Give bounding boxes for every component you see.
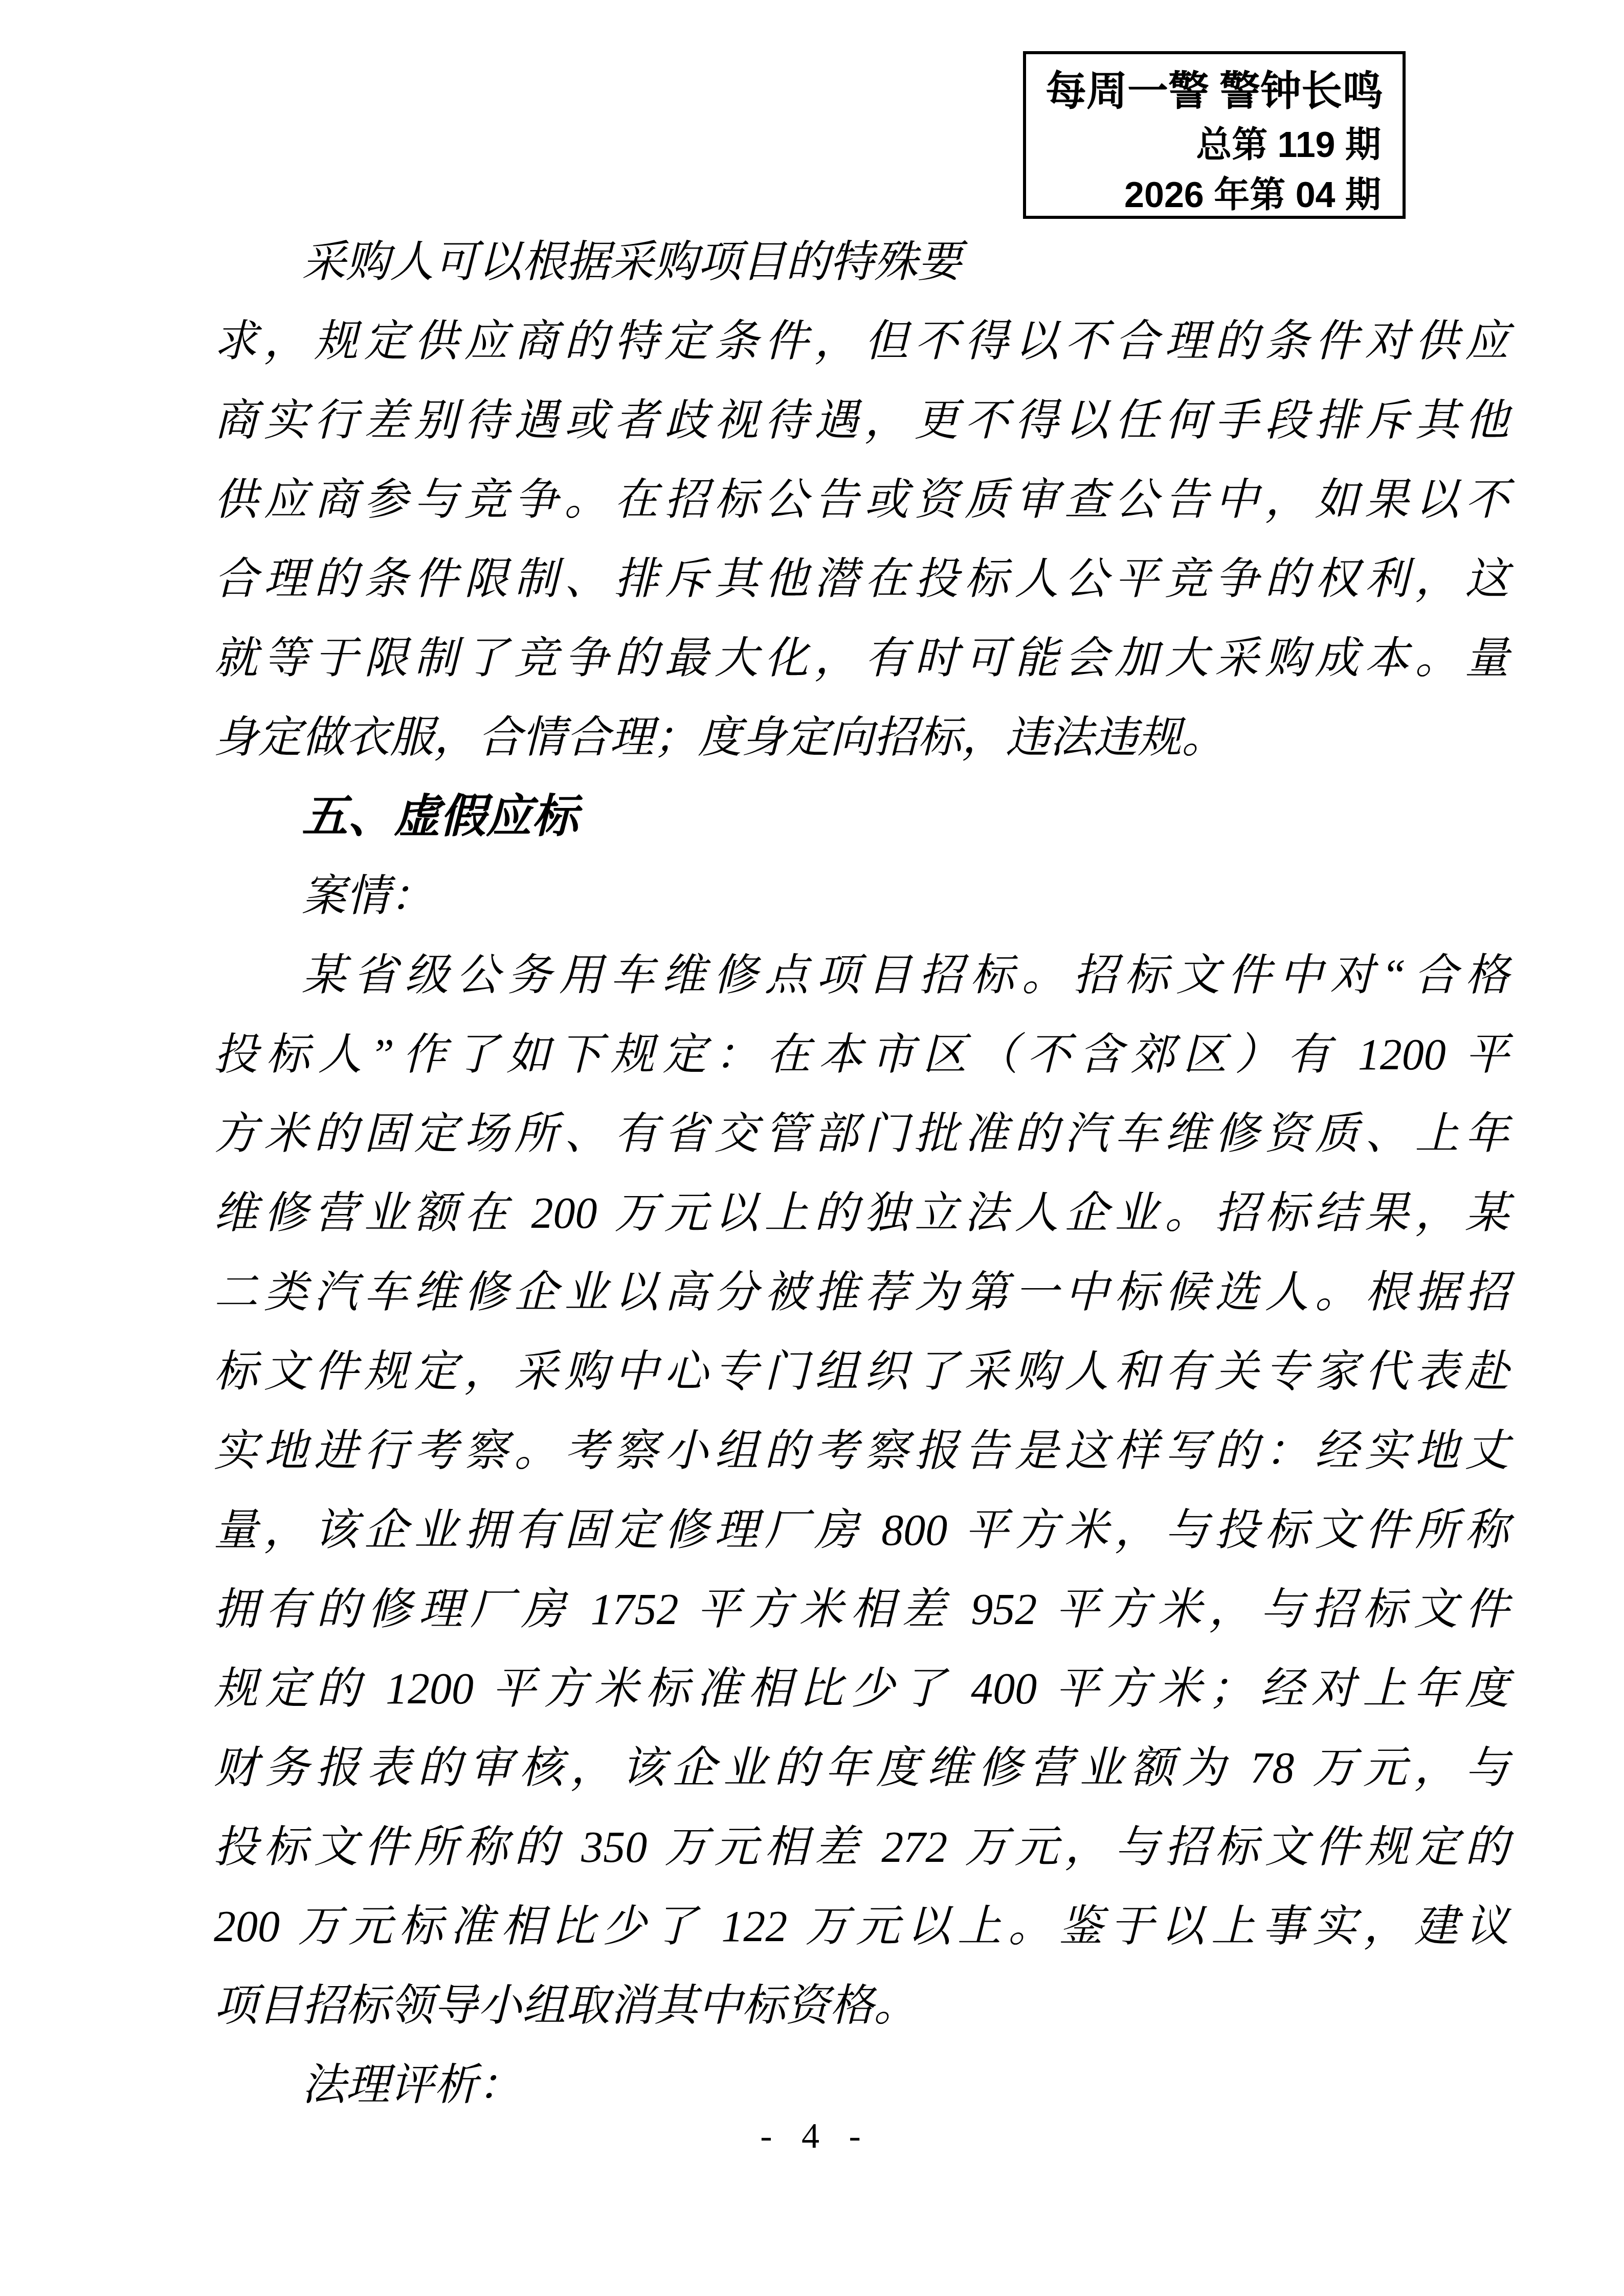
body-line: 项目招标领导小组取消其中标资格。 — [214, 1968, 1509, 2047]
body-line: 拥有的修理厂房 1752 平方米相差 952 平方米，与招标文件 — [214, 1571, 1509, 1651]
body-line: 200 万元标准相比少了 122 万元以上。鉴于以上事实，建议 — [214, 1888, 1509, 1968]
body-line: 标文件规定，采购中心专门组织了采购人和有关专家代表赴 — [214, 1334, 1509, 1413]
body-line: 投标文件所称的 350 万元相差 272 万元，与招标文件规定的 — [214, 1809, 1509, 1888]
body-line: 就等于限制了竞争的最大化，有时可能会加大采购成本。量 — [214, 620, 1509, 700]
header-issue-year: 2026 年第 04 期 — [1026, 170, 1403, 220]
body-line: 供应商参与竞争。在招标公告或资质审查公告中，如果以不 — [214, 462, 1509, 541]
header-issue-total: 总第 119 期 — [1026, 120, 1403, 170]
body-line: 商实行差别待遇或者歧视待遇，更不得以任何手段排斥其他 — [214, 382, 1509, 462]
body-line: 财务报表的审核，该企业的年度维修营业额为 78 万元，与 — [214, 1730, 1509, 1809]
issue-header-box: 每周一警 警钟长鸣 总第 119 期 2026 年第 04 期 — [1023, 51, 1406, 219]
page-number: - 4 - — [0, 2112, 1624, 2160]
body-line: 投标人”作了如下规定：在本市区（不含郊区）有 1200 平 — [214, 1017, 1509, 1096]
header-title: 每周一警 警钟长鸣 — [1026, 63, 1403, 120]
body-line: 量，该企业拥有固定修理厂房 800 平方米，与投标文件所称 — [214, 1492, 1509, 1571]
document-page: 每周一警 警钟长鸣 总第 119 期 2026 年第 04 期 采购人可以根据采… — [0, 0, 1624, 2296]
body-line: 方米的固定场所、有省交管部门批准的汽车维修资质、上年 — [214, 1096, 1509, 1175]
document-body: 采购人可以根据采购项目的特殊要 求，规定供应商的特定条件，但不得以不合理的条件对… — [214, 224, 1509, 2126]
body-line: 二类汽车维修企业以高分被推荐为第一中标候选人。根据招 — [214, 1254, 1509, 1334]
body-line: 某省级公务用车维修点项目招标。招标文件中对“合格 — [214, 937, 1509, 1017]
body-line: 采购人可以根据采购项目的特殊要 — [214, 224, 1509, 303]
body-line: 维修营业额在 200 万元以上的独立法人企业。招标结果，某 — [214, 1175, 1509, 1254]
body-line: 求，规定供应商的特定条件，但不得以不合理的条件对供应 — [214, 303, 1509, 382]
body-line: 规定的 1200 平方米标准相比少了 400 平方米；经对上年度 — [214, 1651, 1509, 1730]
section-heading: 五、虚假应标 — [214, 779, 1509, 858]
case-facts-label: 案情： — [214, 858, 1509, 937]
body-line: 合理的条件限制、排斥其他潜在投标人公平竞争的权利，这 — [214, 541, 1509, 620]
body-line: 身定做衣服，合情合理；度身定向招标，违法违规。 — [214, 700, 1509, 779]
body-line: 实地进行考察。考察小组的考察报告是这样写的：经实地丈 — [214, 1413, 1509, 1492]
